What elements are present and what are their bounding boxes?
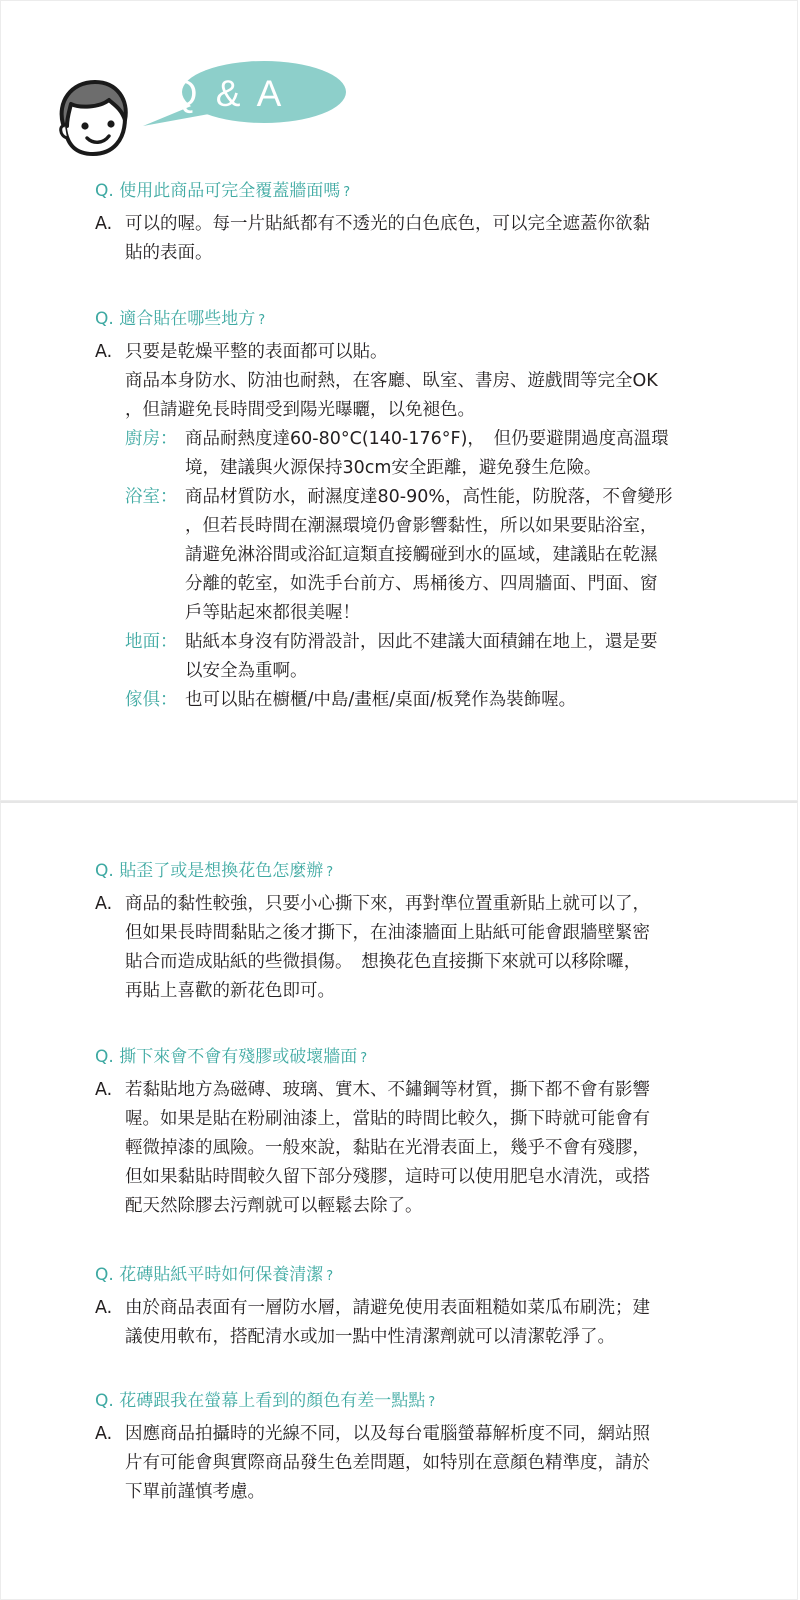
a-prefix: A.: [95, 1294, 112, 1323]
location-line: 請避免淋浴間或浴缸這類直接觸碰到水的區域，建議貼在乾濕: [185, 541, 745, 570]
answer-line: 再貼上喜歡的新花色即可。: [125, 977, 745, 1006]
answer-line: 只要是乾燥平整的表面都可以貼。: [125, 338, 745, 367]
q-prefix: Q.: [95, 181, 114, 201]
answer-line: 喔。如果是貼在粉刷油漆上，當貼的時間比較久，撕下時就可能會有: [125, 1105, 745, 1134]
qa-item-2: Q. 適合貼在哪些地方? A. 只要是乾燥平整的表面都可以貼。 商品本身防水、防…: [95, 306, 745, 715]
q-prefix: Q.: [95, 309, 114, 329]
answer-2: A. 只要是乾燥平整的表面都可以貼。 商品本身防水、防油也耐熱，在客廳、臥室、書…: [95, 338, 745, 715]
location-line: 以安全為重啊。: [185, 657, 745, 686]
boy-face-icon: [55, 78, 131, 158]
q-prefix: Q.: [95, 861, 114, 881]
location-label: 傢俱：: [125, 686, 178, 715]
answer-line: 由於商品表面有一層防水層，請避免使用表面粗糙如菜瓜布刷洗；建: [125, 1294, 745, 1323]
q-prefix: Q.: [95, 1391, 114, 1411]
a-prefix: A.: [95, 338, 112, 367]
question-mark: ?: [343, 185, 350, 200]
answer-line: 若黏貼地方為磁磚、玻璃、實木、不鏽鋼等材質，撕下都不會有影響: [125, 1076, 745, 1105]
question-3: Q. 貼歪了或是想換花色怎麼辦?: [95, 858, 745, 886]
qa-item-6: Q. 花磚跟我在螢幕上看到的顏色有差一點點? A. 因應商品拍攝時的光線不同，以…: [95, 1388, 745, 1507]
question-text: 適合貼在哪些地方: [119, 309, 255, 329]
answer-5: A. 由於商品表面有一層防水層，請避免使用表面粗糙如菜瓜布刷洗；建 議使用軟布，…: [95, 1294, 745, 1352]
q-prefix: Q.: [95, 1047, 114, 1067]
question-mark: ?: [428, 1395, 435, 1410]
answer-line: 下單前謹慎考慮。: [125, 1478, 745, 1507]
q-prefix: Q.: [95, 1265, 114, 1285]
location-line: 分離的乾室，如洗手台前方、馬桶後方、四周牆面、門面、窗: [185, 570, 745, 599]
question-mark: ?: [326, 1269, 333, 1284]
question-6: Q. 花磚跟我在螢幕上看到的顏色有差一點點?: [95, 1388, 745, 1416]
question-text: 撕下來會不會有殘膠或破壞牆面: [119, 1047, 357, 1067]
location-line: 商品材質防水，耐濕度達80-90%，高性能，防脫落，不會變形: [185, 483, 745, 512]
location-kitchen: 廚房： 商品耐熱度達60-80°C(140-176°F)， 但仍要避開過度高溫環…: [125, 425, 745, 483]
a-prefix: A.: [95, 890, 112, 919]
question-text: 花磚貼紙平時如何保養清潔: [119, 1265, 323, 1285]
a-prefix: A.: [95, 210, 112, 239]
answer-1: A. 可以的喔。每一片貼紙都有不透光的白色底色，可以完全遮蓋你欲黏 貼的表面。: [95, 210, 745, 268]
qa-item-4: Q. 撕下來會不會有殘膠或破壞牆面? A. 若黏貼地方為磁磚、玻璃、實木、不鏽鋼…: [95, 1044, 745, 1221]
question-mark: ?: [258, 313, 265, 328]
answer-line: ，但請避免長時間受到陽光曝曬，以免褪色。: [125, 396, 745, 425]
answer-3: A. 商品的黏性較強，只要小心撕下來，再對準位置重新貼上就可以了， 但如果長時間…: [95, 890, 745, 1006]
qa-item-1: Q. 使用此商品可完全覆蓋牆面嗎? A. 可以的喔。每一片貼紙都有不透光的白色底…: [95, 178, 745, 268]
answer-4: A. 若黏貼地方為磁磚、玻璃、實木、不鏽鋼等材質，撕下都不會有影響 喔。如果是貼…: [95, 1076, 745, 1221]
qa-badge-text: Q & A: [139, 68, 315, 120]
answer-line: 貼的表面。: [125, 239, 745, 268]
location-line: 商品耐熱度達60-80°C(140-176°F)， 但仍要避開過度高溫環: [185, 425, 745, 454]
answer-6: A. 因應商品拍攝時的光線不同，以及每台電腦螢幕解析度不同，網站照 片有可能會與…: [95, 1420, 745, 1507]
answer-line: 可以的喔。每一片貼紙都有不透光的白色底色，可以完全遮蓋你欲黏: [125, 210, 745, 239]
answer-line: 配天然除膠去污劑就可以輕鬆去除了。: [125, 1192, 745, 1221]
location-line: 也可以貼在櫥櫃/中島/畫框/桌面/板凳作為裝飾喔。: [185, 686, 745, 715]
qa-header: Q & A: [55, 60, 315, 160]
location-label: 廚房：: [125, 425, 178, 454]
a-prefix: A.: [95, 1076, 112, 1105]
location-line: 境，建議與火源保持30cm安全距離，避免發生危險。: [185, 454, 745, 483]
question-text: 貼歪了或是想換花色怎麼辦: [119, 861, 323, 881]
location-line: 戶等貼起來都很美喔！: [185, 599, 745, 628]
answer-line: 因應商品拍攝時的光線不同，以及每台電腦螢幕解析度不同，網站照: [125, 1420, 745, 1449]
question-1: Q. 使用此商品可完全覆蓋牆面嗎?: [95, 178, 745, 206]
answer-line: 議使用軟布，搭配清水或加一點中性清潔劑就可以清潔乾淨了。: [125, 1323, 745, 1352]
qa-item-5: Q. 花磚貼紙平時如何保養清潔? A. 由於商品表面有一層防水層，請避免使用表面…: [95, 1262, 745, 1352]
location-floor: 地面： 貼紙本身沒有防滑設計，因此不建議大面積鋪在地上，還是要 以安全為重啊。: [125, 628, 745, 686]
question-4: Q. 撕下來會不會有殘膠或破壞牆面?: [95, 1044, 745, 1072]
a-prefix: A.: [95, 1420, 112, 1449]
answer-line: 商品本身防水、防油也耐熱，在客廳、臥室、書房、遊戲間等完全OK: [125, 367, 745, 396]
question-text: 花磚跟我在螢幕上看到的顏色有差一點點: [119, 1391, 425, 1411]
location-label: 地面：: [125, 628, 178, 657]
question-text: 使用此商品可完全覆蓋牆面嗎: [119, 181, 340, 201]
location-line: 貼紙本身沒有防滑設計，因此不建議大面積鋪在地上，還是要: [185, 628, 745, 657]
answer-line: 輕微掉漆的風險。一般來說，黏貼在光滑表面上，幾乎不會有殘膠，: [125, 1134, 745, 1163]
location-label: 浴室：: [125, 483, 178, 512]
location-line: ，但若長時間在潮濕環境仍會影響黏性，所以如果要貼浴室，: [185, 512, 745, 541]
answer-line: 但如果長時間黏貼之後才撕下，在油漆牆面上貼紙可能會跟牆壁緊密: [125, 919, 745, 948]
location-furniture: 傢俱： 也可以貼在櫥櫃/中島/畫框/桌面/板凳作為裝飾喔。: [125, 686, 745, 715]
answer-line: 貼合而造成貼紙的些微損傷。 想換花色直接撕下來就可以移除囉，: [125, 948, 745, 977]
answer-line: 商品的黏性較強，只要小心撕下來，再對準位置重新貼上就可以了，: [125, 890, 745, 919]
question-mark: ?: [360, 1051, 367, 1066]
answer-line: 片有可能會與實際商品發生色差問題，如特別在意顏色精準度，請於: [125, 1449, 745, 1478]
question-2: Q. 適合貼在哪些地方?: [95, 306, 745, 334]
answer-line: 但如果黏貼時間較久留下部分殘膠，這時可以使用肥皂水清洗，或搭: [125, 1163, 745, 1192]
question-5: Q. 花磚貼紙平時如何保養清潔?: [95, 1262, 745, 1290]
location-bathroom: 浴室： 商品材質防水，耐濕度達80-90%，高性能，防脫落，不會變形 ，但若長時…: [125, 483, 745, 628]
qa-item-3: Q. 貼歪了或是想換花色怎麼辦? A. 商品的黏性較強，只要小心撕下來，再對準位…: [95, 858, 745, 1006]
question-mark: ?: [326, 865, 333, 880]
